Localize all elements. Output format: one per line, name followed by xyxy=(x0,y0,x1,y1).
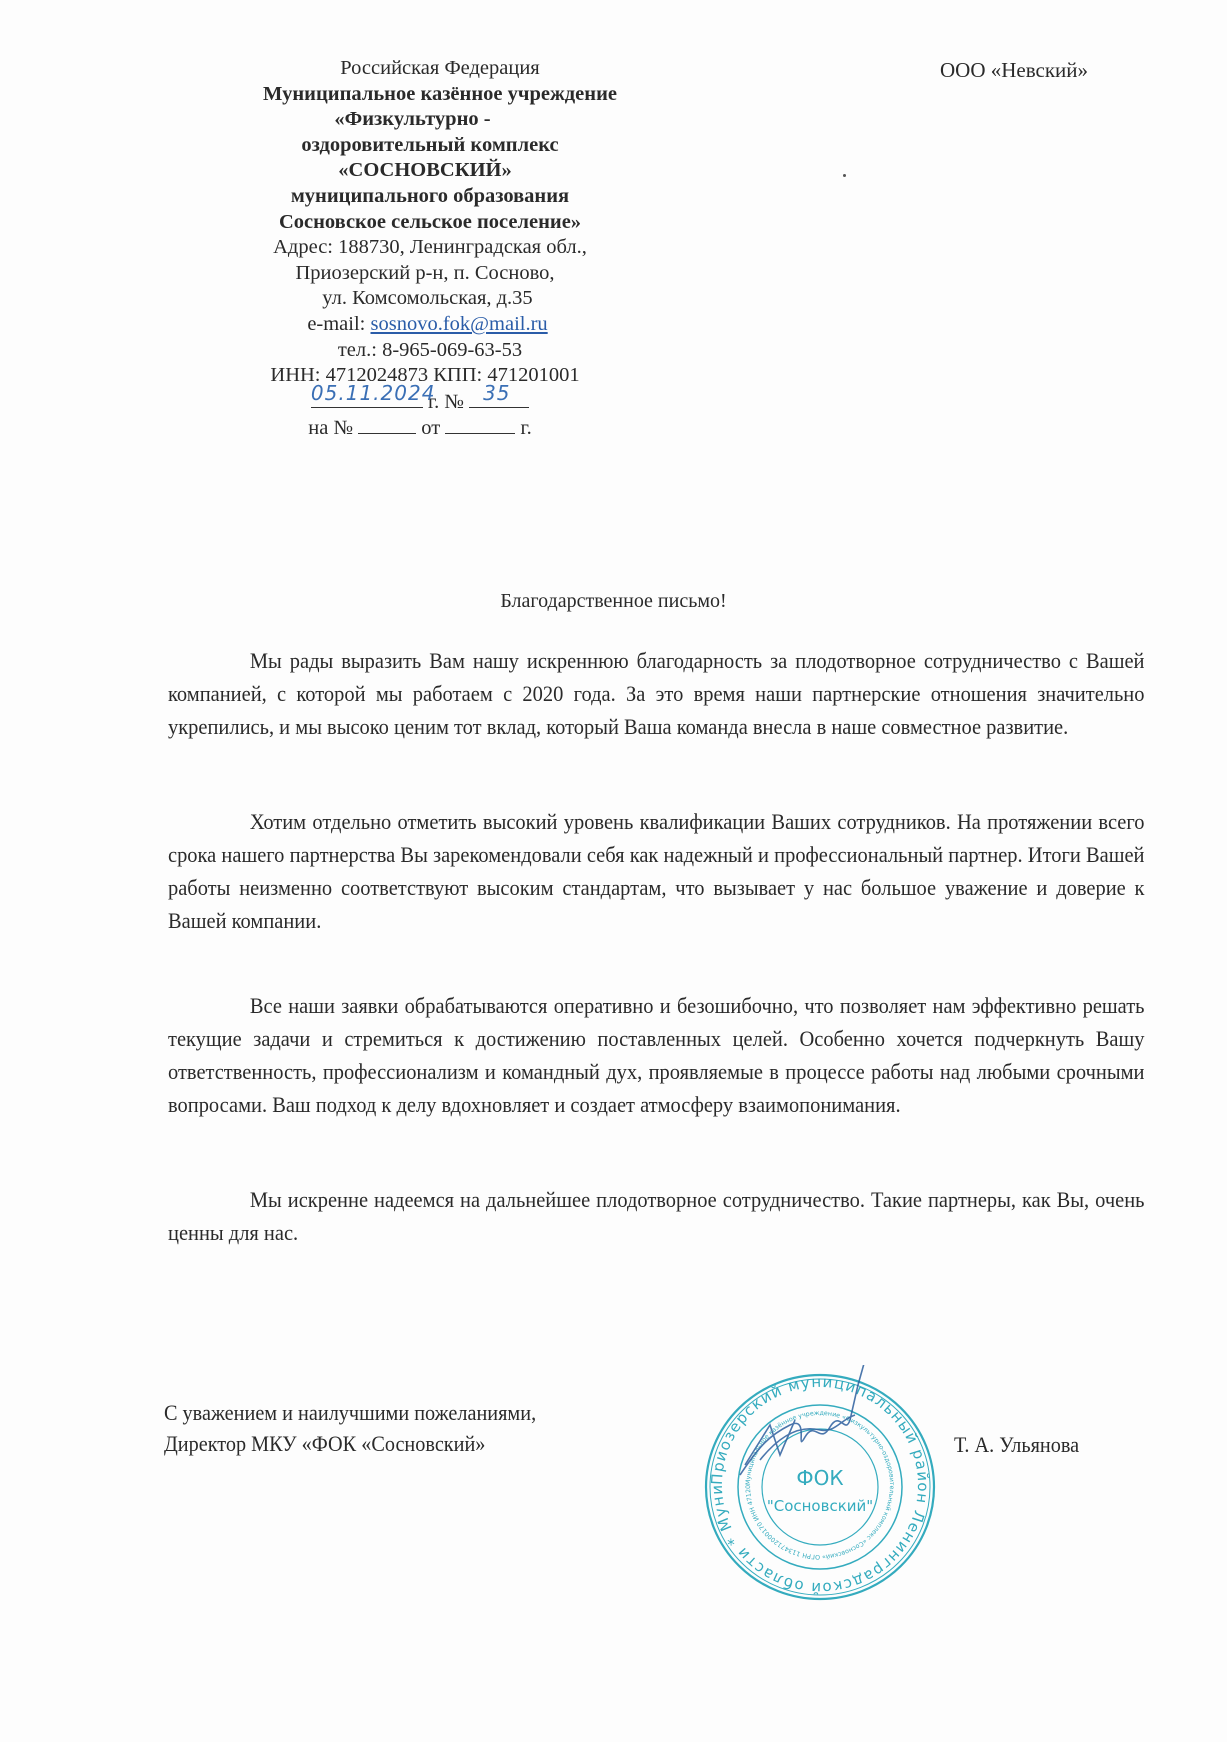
stamp-center-line2: "Сосновский" xyxy=(767,1497,873,1515)
paragraph-text: Хотим отдельно отметить высокий уровень … xyxy=(168,805,1145,937)
paragraph-text: Мы искренне надеемся на дальнейшее плодо… xyxy=(168,1183,1145,1249)
sender-header: Российская Федерация Муниципальное казён… xyxy=(210,56,670,442)
outgoing-date: 05.11.2024 xyxy=(311,381,436,407)
outgoing-number: 35 xyxy=(483,381,510,407)
reply-to-year-label: г. xyxy=(520,417,531,439)
org-line: Сосновское сельское поселение» xyxy=(210,210,670,236)
address-line: Адрес: 188730, Ленинградская обл., xyxy=(210,235,670,261)
official-stamp: Приозерский муниципальный район Ленингра… xyxy=(700,1365,940,1605)
address-line: ул. Комсомольская, д.35 xyxy=(210,286,670,312)
email-label: e-mail: xyxy=(307,313,370,335)
paragraph-text: Все наши заявки обрабатываются оперативн… xyxy=(168,989,1145,1121)
email-link[interactable]: sosnovo.fok@mail.ru xyxy=(371,313,548,335)
reply-to-ref: на № от г. xyxy=(210,415,670,442)
letter-paragraph: Хотим отдельно отметить высокий уровень … xyxy=(168,805,1145,937)
email-line: e-mail: sosnovo.fok@mail.ru xyxy=(210,312,670,338)
letter-paragraph: Мы искренне надеемся на дальнейшее плодо… xyxy=(168,1183,1145,1249)
addressee: ООО «Невский» xyxy=(940,58,1088,83)
reply-to-number-field xyxy=(358,415,416,434)
stamp-center-line1: ФОК xyxy=(796,1466,843,1490)
org-line: «Физкультурно - xyxy=(210,107,670,133)
closing-block: С уважением и наилучшими пожеланиями, Ди… xyxy=(164,1397,536,1459)
phone: тел.: 8-965-069-63-53 xyxy=(210,338,670,364)
outgoing-date-field: 05.11.2024 xyxy=(311,389,423,408)
closing-greeting: С уважением и наилучшими пожеланиями, xyxy=(164,1397,536,1428)
reply-to-number-label: на № xyxy=(308,417,353,439)
outgoing-ref: 05.11.2024 г. № 35 xyxy=(210,389,670,416)
paragraph-text: Мы рады выразить Вам нашу искреннюю благ… xyxy=(168,644,1145,743)
country: Российская Федерация xyxy=(210,56,670,82)
signer-position: Директор МКУ «ФОК «Сосновский» xyxy=(164,1428,536,1459)
signer-name: Т. А. Ульянова xyxy=(954,1432,1079,1458)
reply-to-from-label: от xyxy=(421,417,440,439)
letter-title: Благодарственное письмо! xyxy=(0,590,1227,613)
reply-to-date-field xyxy=(445,415,515,434)
letter-paragraph: Все наши заявки обрабатываются оперативн… xyxy=(168,989,1145,1121)
scan-speck xyxy=(843,174,846,177)
org-line: муниципального образования xyxy=(210,184,670,210)
stamp-seal-icon: Приозерский муниципальный район Ленингра… xyxy=(700,1365,940,1605)
letter-paragraph: Мы рады выразить Вам нашу искреннюю благ… xyxy=(168,644,1145,743)
address-line: Приозерский р-н, п. Сосново, xyxy=(210,261,670,287)
inn-kpp: ИНН: 4712024873 КПП: 471201001 xyxy=(210,363,670,389)
org-line: оздоровительный комплекс xyxy=(210,133,670,159)
org-line: Муниципальное казённое учреждение xyxy=(210,82,670,108)
outgoing-number-field: 35 xyxy=(469,389,529,408)
org-line: «СОСНОВСКИЙ» xyxy=(210,158,670,184)
